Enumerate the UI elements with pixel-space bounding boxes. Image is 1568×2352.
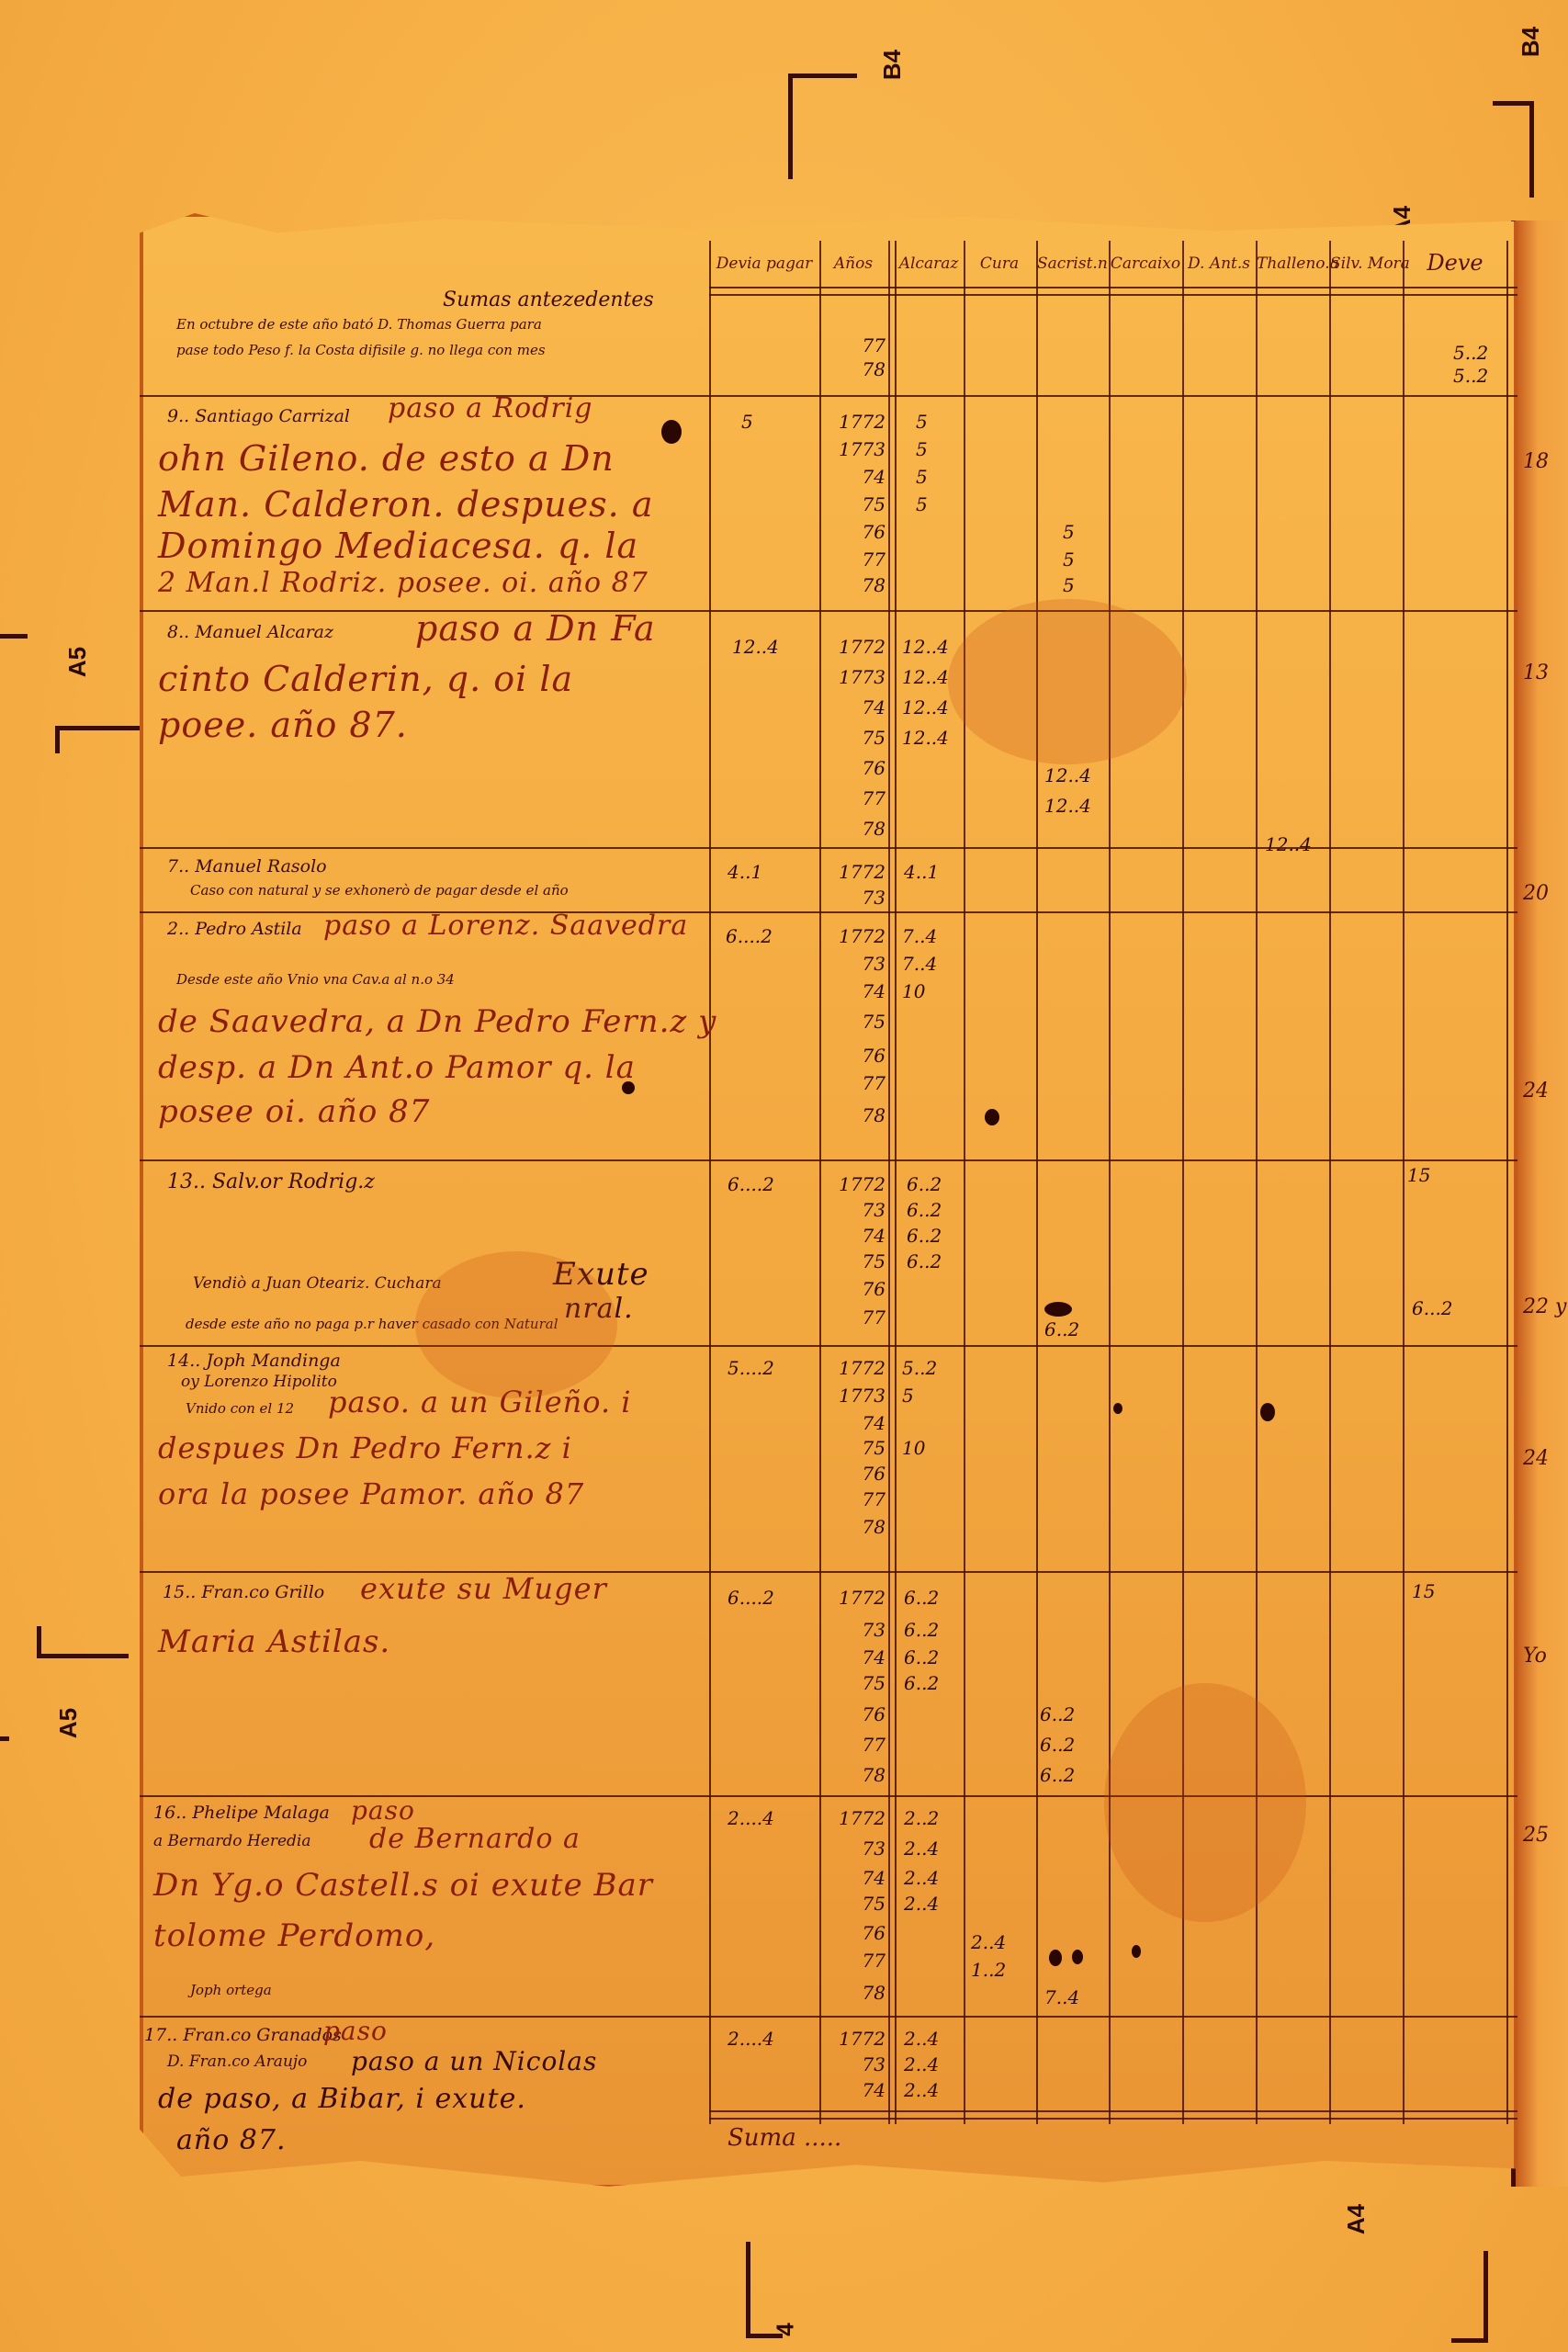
year-cell: 75 <box>821 1437 886 1459</box>
entry-handwritten-note: exute su Muger <box>360 1571 607 1606</box>
entry-handwritten-note: paso a Dn Fa <box>415 608 656 649</box>
amount-cell: 6..2 <box>904 1619 939 1641</box>
crop-mark-left-lower <box>37 1626 129 1658</box>
amount-cell: 5 <box>1063 548 1075 571</box>
year-cell: 1772 <box>821 1587 886 1609</box>
amount-cell: 2..4 <box>904 2079 939 2101</box>
deve-cell: 15 <box>1412 1580 1435 1602</box>
deve-cell: 5..2 <box>1453 342 1488 364</box>
amount-cell: 12..4 <box>902 727 949 749</box>
year-cell: 76 <box>821 1922 886 1944</box>
amount-cell: 2..4 <box>904 1867 939 1889</box>
amount-cell: 5 <box>916 411 928 433</box>
devia-pagar-cell: 5 <box>741 411 753 433</box>
year-cell: 75 <box>821 493 886 515</box>
year-cell: 74 <box>821 980 886 1002</box>
devia-pagar-cell: 12..4 <box>732 636 779 658</box>
mark-label-a4-bottom: A4 <box>1342 2204 1371 2234</box>
col-rule <box>709 241 711 2124</box>
entry-note: oy Lorenzo Hipolito <box>181 1373 337 1391</box>
year-cell: 1772 <box>821 861 886 883</box>
amount-cell: 6..2 <box>907 1225 942 1247</box>
amount-cell: 1..2 <box>971 1959 1006 1981</box>
entry-handwritten-note: tolome Perdomo, <box>153 1917 435 1954</box>
adjacent-fragment: 24 <box>1523 1447 1549 1470</box>
entry-note: a Bernardo Heredia <box>153 1832 310 1850</box>
crop-mark-top-left <box>788 73 857 179</box>
year-cell: 1773 <box>821 1385 886 1407</box>
deve-cell: 6...2 <box>1412 1297 1453 1319</box>
entry-handwritten-note: Maria Astilas. <box>158 1623 390 1660</box>
col-header-alcaraz: Alcaraz <box>896 254 962 273</box>
year-cell: 1773 <box>821 666 886 688</box>
year-cell: 76 <box>821 1278 886 1300</box>
ink-blot <box>985 1109 999 1125</box>
year-cell: 1772 <box>821 1173 886 1195</box>
year-cell: 78 <box>821 1104 886 1126</box>
mark-label-a5-lower: A5 <box>54 1708 83 1738</box>
amount-cell: 6..2 <box>1040 1764 1075 1786</box>
ink-blot <box>1260 1403 1275 1421</box>
ink-blot <box>1049 1950 1062 1966</box>
entry-handwritten-note: despues Dn Pedro Fern.z i <box>158 1430 572 1465</box>
entry-handwritten-note: de Bernardo a <box>369 1823 581 1855</box>
amount-cell: 7..4 <box>1044 1986 1079 2008</box>
tick-left-a <box>0 634 28 639</box>
entry-handwritten-note: 2 Man.l Rodriz. posee. oi. año 87 <box>158 567 649 599</box>
year-cell: 77 <box>821 787 886 809</box>
year-cell: 77 <box>821 1072 886 1094</box>
year-cell: 75 <box>821 1011 886 1033</box>
col-header-thalleno: Thalleno.a <box>1257 254 1328 273</box>
ink-blot <box>1072 1950 1083 1964</box>
col-header-d-antonio: D. Ant.s <box>1183 254 1255 273</box>
ink-blot <box>661 420 682 444</box>
year-cell: 1772 <box>821 2028 886 2050</box>
amount-cell: 10 <box>902 1437 925 1459</box>
year-cell: 74 <box>821 2079 886 2101</box>
amount-cell: 5 <box>916 438 928 460</box>
amount-cell: 12..4 <box>1044 764 1091 786</box>
amount-cell: 6..2 <box>907 1250 942 1272</box>
year-cell: 74 <box>821 1867 886 1889</box>
year-cell: 76 <box>821 1045 886 1067</box>
entry-rule <box>140 1795 1517 1797</box>
mark-label-bottom-4: 4 <box>772 2323 800 2335</box>
year-cell: 76 <box>821 1703 886 1725</box>
amount-cell: 7..4 <box>902 925 937 947</box>
year-cell: 76 <box>821 1463 886 1485</box>
col-rule <box>1403 241 1404 2124</box>
crop-mark-top-right <box>1493 101 1534 198</box>
devia-pagar-cell: 2....4 <box>728 1807 774 1829</box>
year-cell: 1772 <box>821 411 886 433</box>
year-cell: 73 <box>821 953 886 975</box>
entry-name: 8.. Manuel Alcaraz <box>167 622 333 642</box>
mark-label-b4-left: B4 <box>878 50 907 80</box>
entry-handwritten-note: paso <box>351 1795 415 1826</box>
adjacent-fragment: 13 <box>1523 661 1549 684</box>
adjacent-fragment: 22 y <box>1523 1295 1566 1318</box>
amount-cell: 10 <box>902 980 925 1002</box>
amount-cell: 5..2 <box>902 1357 937 1379</box>
entry-handwritten-note: Man. Calderon. despues. a <box>158 484 653 525</box>
entry-handwritten-note: ora la posee Pamor. año 87 <box>158 1476 584 1511</box>
ink-blot <box>622 1081 635 1094</box>
entry-rule <box>140 847 1517 849</box>
devia-pagar-cell: 6....2 <box>726 925 773 947</box>
devia-pagar-cell: 4..1 <box>728 861 762 883</box>
entry-note: Vendiò a Juan Oteariz. Cuchara <box>193 1274 442 1293</box>
year-cell: 73 <box>821 1619 886 1641</box>
col-header-deve: Deve <box>1405 250 1505 276</box>
year-cell: 78 <box>821 818 886 840</box>
year-cell: 74 <box>821 1412 886 1434</box>
year-cell: 1772 <box>821 1807 886 1829</box>
year-cell: 78 <box>821 1764 886 1786</box>
carry-forward-title: Sumas antezedentes <box>443 288 654 311</box>
amount-cell: 2..4 <box>904 2028 939 2050</box>
col-rule <box>1036 241 1038 2124</box>
sum-label: Suma ..... <box>728 2124 841 2152</box>
crop-mark-bottom-right <box>1451 2251 1488 2343</box>
year-cell: 1772 <box>821 925 886 947</box>
adjacent-fragment: 18 <box>1523 450 1549 473</box>
entry-name: 14.. Joph Mandinga <box>167 1351 341 1371</box>
entry-name: 7.. Manuel Rasolo <box>167 856 327 876</box>
entry-handwritten-note: año 87. <box>176 2124 287 2156</box>
entry-handwritten-note: de paso, a Bibar, i exute. <box>158 2083 526 2115</box>
amount-cell: 5 <box>916 466 928 488</box>
amount-cell: 5 <box>916 493 928 515</box>
entry-name: 15.. Fran.co Grillo <box>163 1582 324 1602</box>
year-cell: 75 <box>821 727 886 749</box>
col-header-sacristan: Sacrist.n <box>1037 254 1107 273</box>
entry-name: 17.. Fran.co Granados <box>144 2025 342 2045</box>
sum-rule <box>709 2110 1517 2120</box>
amount-cell: 12..4 <box>902 696 949 718</box>
entry-handwritten-note: de Saavedra, a Dn Pedro Fern.z y <box>158 1003 716 1040</box>
crop-mark-left-upper <box>55 726 147 753</box>
col-header-devia-pagar: Devia pagar <box>714 254 815 273</box>
ledger-grid: Devia pagar Años Alcaraz Cura Sacrist.n … <box>140 213 1517 2188</box>
deve-cell: 5..2 <box>1453 365 1488 387</box>
entry-handwritten-note: paso <box>323 2016 388 2046</box>
year-cell: 78 <box>821 1516 886 1538</box>
tick-left-b <box>0 1736 9 1741</box>
amount-cell: 6..2 <box>1040 1734 1075 1756</box>
amount-cell: 6..2 <box>904 1587 939 1609</box>
entry-handwritten-note: posee oi. año 87 <box>158 1093 430 1130</box>
ink-blot <box>1132 1945 1141 1958</box>
mark-label-a5-upper: A5 <box>63 647 92 677</box>
entry-handwritten-note: Domingo Mediacesa. q. la <box>158 526 638 566</box>
entry-name: 16.. Phelipe Malaga <box>153 1803 330 1823</box>
amount-cell: 2..4 <box>904 1893 939 1915</box>
adjacent-fragment: 20 <box>1523 882 1549 905</box>
entry-rule <box>140 610 1517 612</box>
ink-blot <box>1113 1403 1122 1414</box>
year-cell: 77 <box>821 1488 886 1510</box>
year-cell: 1772 <box>821 1357 886 1379</box>
year-cell: 78 <box>821 574 886 596</box>
entry-note: D. Fran.co Araujo <box>167 2052 307 2071</box>
carry-forward-note: pase todo Peso f. la Costa difisile g. n… <box>176 342 546 358</box>
year-cell: 74 <box>821 696 886 718</box>
entry-handwritten-note: paso a Rodrig <box>388 392 593 424</box>
year-cell: 1773 <box>821 438 886 460</box>
mark-label-b4-right: B4 <box>1517 27 1545 57</box>
col-rule <box>1329 241 1331 2124</box>
water-stain <box>1104 1683 1306 1922</box>
entry-handwritten-note: paso a un Nicolas <box>351 2046 597 2076</box>
year-cell: 77 <box>821 548 886 571</box>
amount-cell: 6..2 <box>1040 1703 1075 1725</box>
amount-cell: 2..4 <box>971 1931 1006 1953</box>
entry-rule <box>140 1345 1517 1347</box>
year-cell: 1772 <box>821 636 886 658</box>
entry-handwritten-note: Dn Yg.o Castell.s oi exute Bar <box>153 1867 653 1904</box>
water-stain <box>948 599 1187 764</box>
amount-cell: 6..2 <box>904 1646 939 1668</box>
amount-cell: 6..2 <box>907 1173 942 1195</box>
col-header-silv-mora: Silv. Mora <box>1330 254 1402 273</box>
year-cell: 77 <box>821 334 886 356</box>
amount-cell: 12..4 <box>902 666 949 688</box>
year-cell: 76 <box>821 757 886 779</box>
deve-cell: 15 <box>1407 1164 1430 1186</box>
col-rule <box>895 241 897 2124</box>
entry-note: Vnido con el 12 <box>186 1400 294 1417</box>
entry-rule <box>140 1571 1517 1573</box>
amount-cell: 6..2 <box>904 1672 939 1694</box>
year-cell: 73 <box>821 2053 886 2075</box>
devia-pagar-cell: 5....2 <box>728 1357 774 1379</box>
col-rule <box>964 241 965 2124</box>
ink-blot <box>1044 1302 1072 1317</box>
entry-note: Joph ortega <box>190 1982 272 1998</box>
amount-cell: 4..1 <box>904 861 939 883</box>
year-cell: 75 <box>821 1250 886 1272</box>
header-rule <box>709 287 1517 296</box>
year-cell: 74 <box>821 1225 886 1247</box>
col-header-carcaixo: Carcaixo <box>1110 254 1181 273</box>
amount-cell: 2..4 <box>904 2053 939 2075</box>
carry-forward-note: En octubre de este año bató D. Thomas Gu… <box>176 316 542 333</box>
entry-rule <box>140 1159 1517 1161</box>
amount-cell: 5 <box>1063 521 1075 543</box>
entry-handwritten-note: ohn Gileno. de esto a Dn <box>158 438 615 479</box>
year-cell: 74 <box>821 466 886 488</box>
adjacent-fragment: Yo <box>1523 1645 1547 1668</box>
year-cell: 77 <box>821 1306 886 1329</box>
adjacent-fragment: 25 <box>1523 1824 1549 1847</box>
entry-name: 9.. Santiago Carrizal <box>167 406 350 426</box>
year-cell: 77 <box>821 1734 886 1756</box>
amount-cell: 5 <box>1063 574 1075 596</box>
amount-cell: 12..4 <box>902 636 949 658</box>
entry-rule <box>140 395 1517 397</box>
entry-name: 13.. Salv.or Rodrig.z <box>167 1170 375 1193</box>
amount-cell: 5 <box>902 1385 914 1407</box>
ledger-page: Devia pagar Años Alcaraz Cura Sacrist.n … <box>140 213 1517 2188</box>
year-cell: 73 <box>821 1199 886 1221</box>
year-cell: 75 <box>821 1893 886 1915</box>
year-cell: 75 <box>821 1672 886 1694</box>
entry-handwritten-note: paso a Lorenz. Saavedra <box>323 910 688 942</box>
amount-cell: 7..4 <box>902 953 937 975</box>
year-cell: 74 <box>821 1646 886 1668</box>
adjacent-page-edge: 18 13 20 24 22 y 24 Yo 25 <box>1511 220 1568 2187</box>
col-header-anos: Años <box>821 254 886 273</box>
entry-handwritten-note: desp. a Dn Ant.o Pamor q. la <box>158 1049 636 1086</box>
col-header-cura: Cura <box>964 254 1034 273</box>
year-cell: 73 <box>821 1837 886 1860</box>
year-cell: 73 <box>821 887 886 909</box>
amount-cell: 6..2 <box>907 1199 942 1221</box>
year-cell: 77 <box>821 1950 886 1972</box>
entry-name: 2.. Pedro Astila <box>167 919 302 939</box>
devia-pagar-cell: 2....4 <box>728 2028 774 2050</box>
amount-cell: 6..2 <box>1044 1318 1079 1340</box>
entry-handwritten-note: cinto Calderin, q. oi la <box>158 659 573 699</box>
amount-cell: 12..4 <box>1265 833 1312 855</box>
water-stain <box>415 1251 617 1398</box>
year-cell: 78 <box>821 1982 886 2004</box>
entry-note: Caso con natural y se exhonerò de pagar … <box>190 882 569 899</box>
col-rule <box>888 241 890 2124</box>
amount-cell: 2..4 <box>904 1837 939 1860</box>
adjacent-fragment: 24 <box>1523 1080 1549 1102</box>
devia-pagar-cell: 6....2 <box>728 1587 774 1609</box>
year-cell: 78 <box>821 358 886 380</box>
devia-pagar-cell: 6....2 <box>728 1173 774 1195</box>
entry-note: Desde este año Vnio vna Cav.a al n.o 34 <box>176 971 455 988</box>
col-rule <box>1506 241 1508 2124</box>
amount-cell: 2..2 <box>904 1807 939 1829</box>
entry-handwritten-note: poee. año 87. <box>158 705 408 745</box>
amount-cell: 12..4 <box>1044 795 1091 817</box>
year-cell: 76 <box>821 521 886 543</box>
